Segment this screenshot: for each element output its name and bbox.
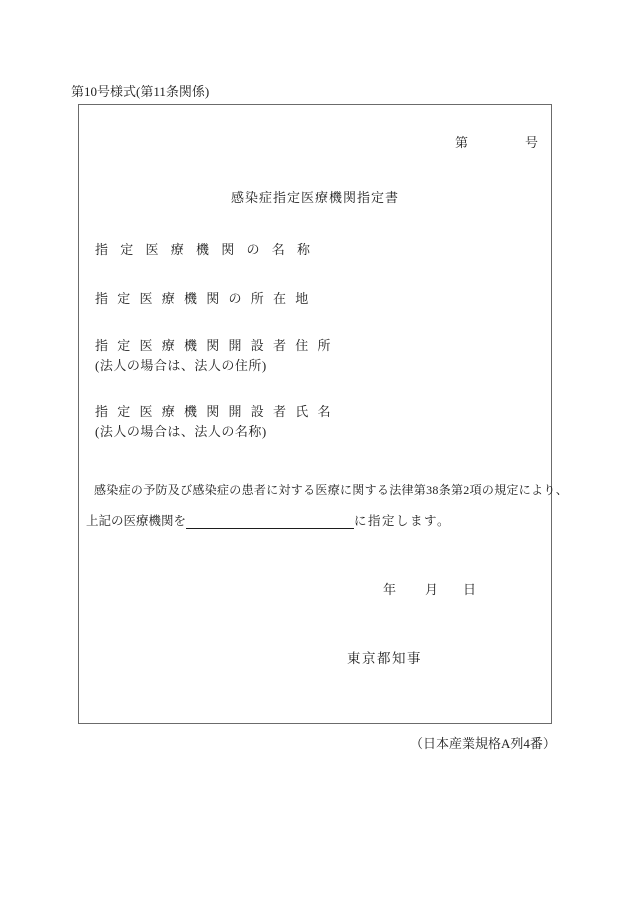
date-line: 年月日 [383, 579, 476, 598]
body-paragraph-line2: 上記の医療機関をに指定します。 [86, 511, 451, 529]
field-note-founder-name: (法人の場合は、法人の名称) [95, 422, 334, 442]
designation-fill-in-blank [186, 515, 354, 529]
body-line2-suffix: に指定します。 [354, 514, 451, 528]
certificate-border-box: 第号 感染症指定医療機関指定書 指 定 医 療 機 関 の 名 称 指 定 医 … [78, 104, 552, 724]
body-paragraph-line1: 感染症の予防及び感染症の患者に対する医療に関する法律第38条第2項の規定により、 [94, 481, 568, 498]
field-row-institution-name: 指 定 医 療 機 関 の 名 称 [95, 240, 315, 260]
field-label-founder-address: 指 定 医 療 機 関 開 設 者 住 所 [95, 336, 334, 356]
day-label: 日 [463, 582, 476, 597]
field-row-institution-address: 指 定 医 療 機 関 の 所 在 地 [95, 289, 311, 309]
certificate-number-prefix: 第 [455, 135, 468, 150]
body-line2-prefix: 上記の医療機関を [86, 514, 186, 528]
issuer-signature: 東京都知事 [347, 647, 422, 667]
document-page: 第10号様式(第11条関係) 第号 感染症指定医療機関指定書 指 定 医 療 機… [0, 0, 630, 903]
field-row-founder-name: 指 定 医 療 機 関 開 設 者 氏 名 (法人の場合は、法人の名称) [95, 402, 334, 442]
year-label: 年 [383, 582, 396, 597]
field-label-institution-name: 指 定 医 療 機 関 の 名 称 [95, 240, 315, 260]
certificate-number-line: 第号 [455, 132, 538, 151]
field-label-founder-name: 指 定 医 療 機 関 開 設 者 氏 名 [95, 402, 334, 422]
field-row-founder-address: 指 定 医 療 機 関 開 設 者 住 所 (法人の場合は、法人の住所) [95, 336, 334, 376]
month-label: 月 [425, 582, 438, 597]
field-label-institution-address: 指 定 医 療 機 関 の 所 在 地 [95, 289, 311, 309]
paper-size-note: （日本産業規格A列4番） [410, 733, 556, 752]
certificate-number-suffix: 号 [525, 135, 538, 150]
certificate-title: 感染症指定医療機関指定書 [79, 187, 551, 206]
field-note-founder-address: (法人の場合は、法人の住所) [95, 356, 334, 376]
form-number-label: 第10号様式(第11条関係) [71, 81, 209, 100]
